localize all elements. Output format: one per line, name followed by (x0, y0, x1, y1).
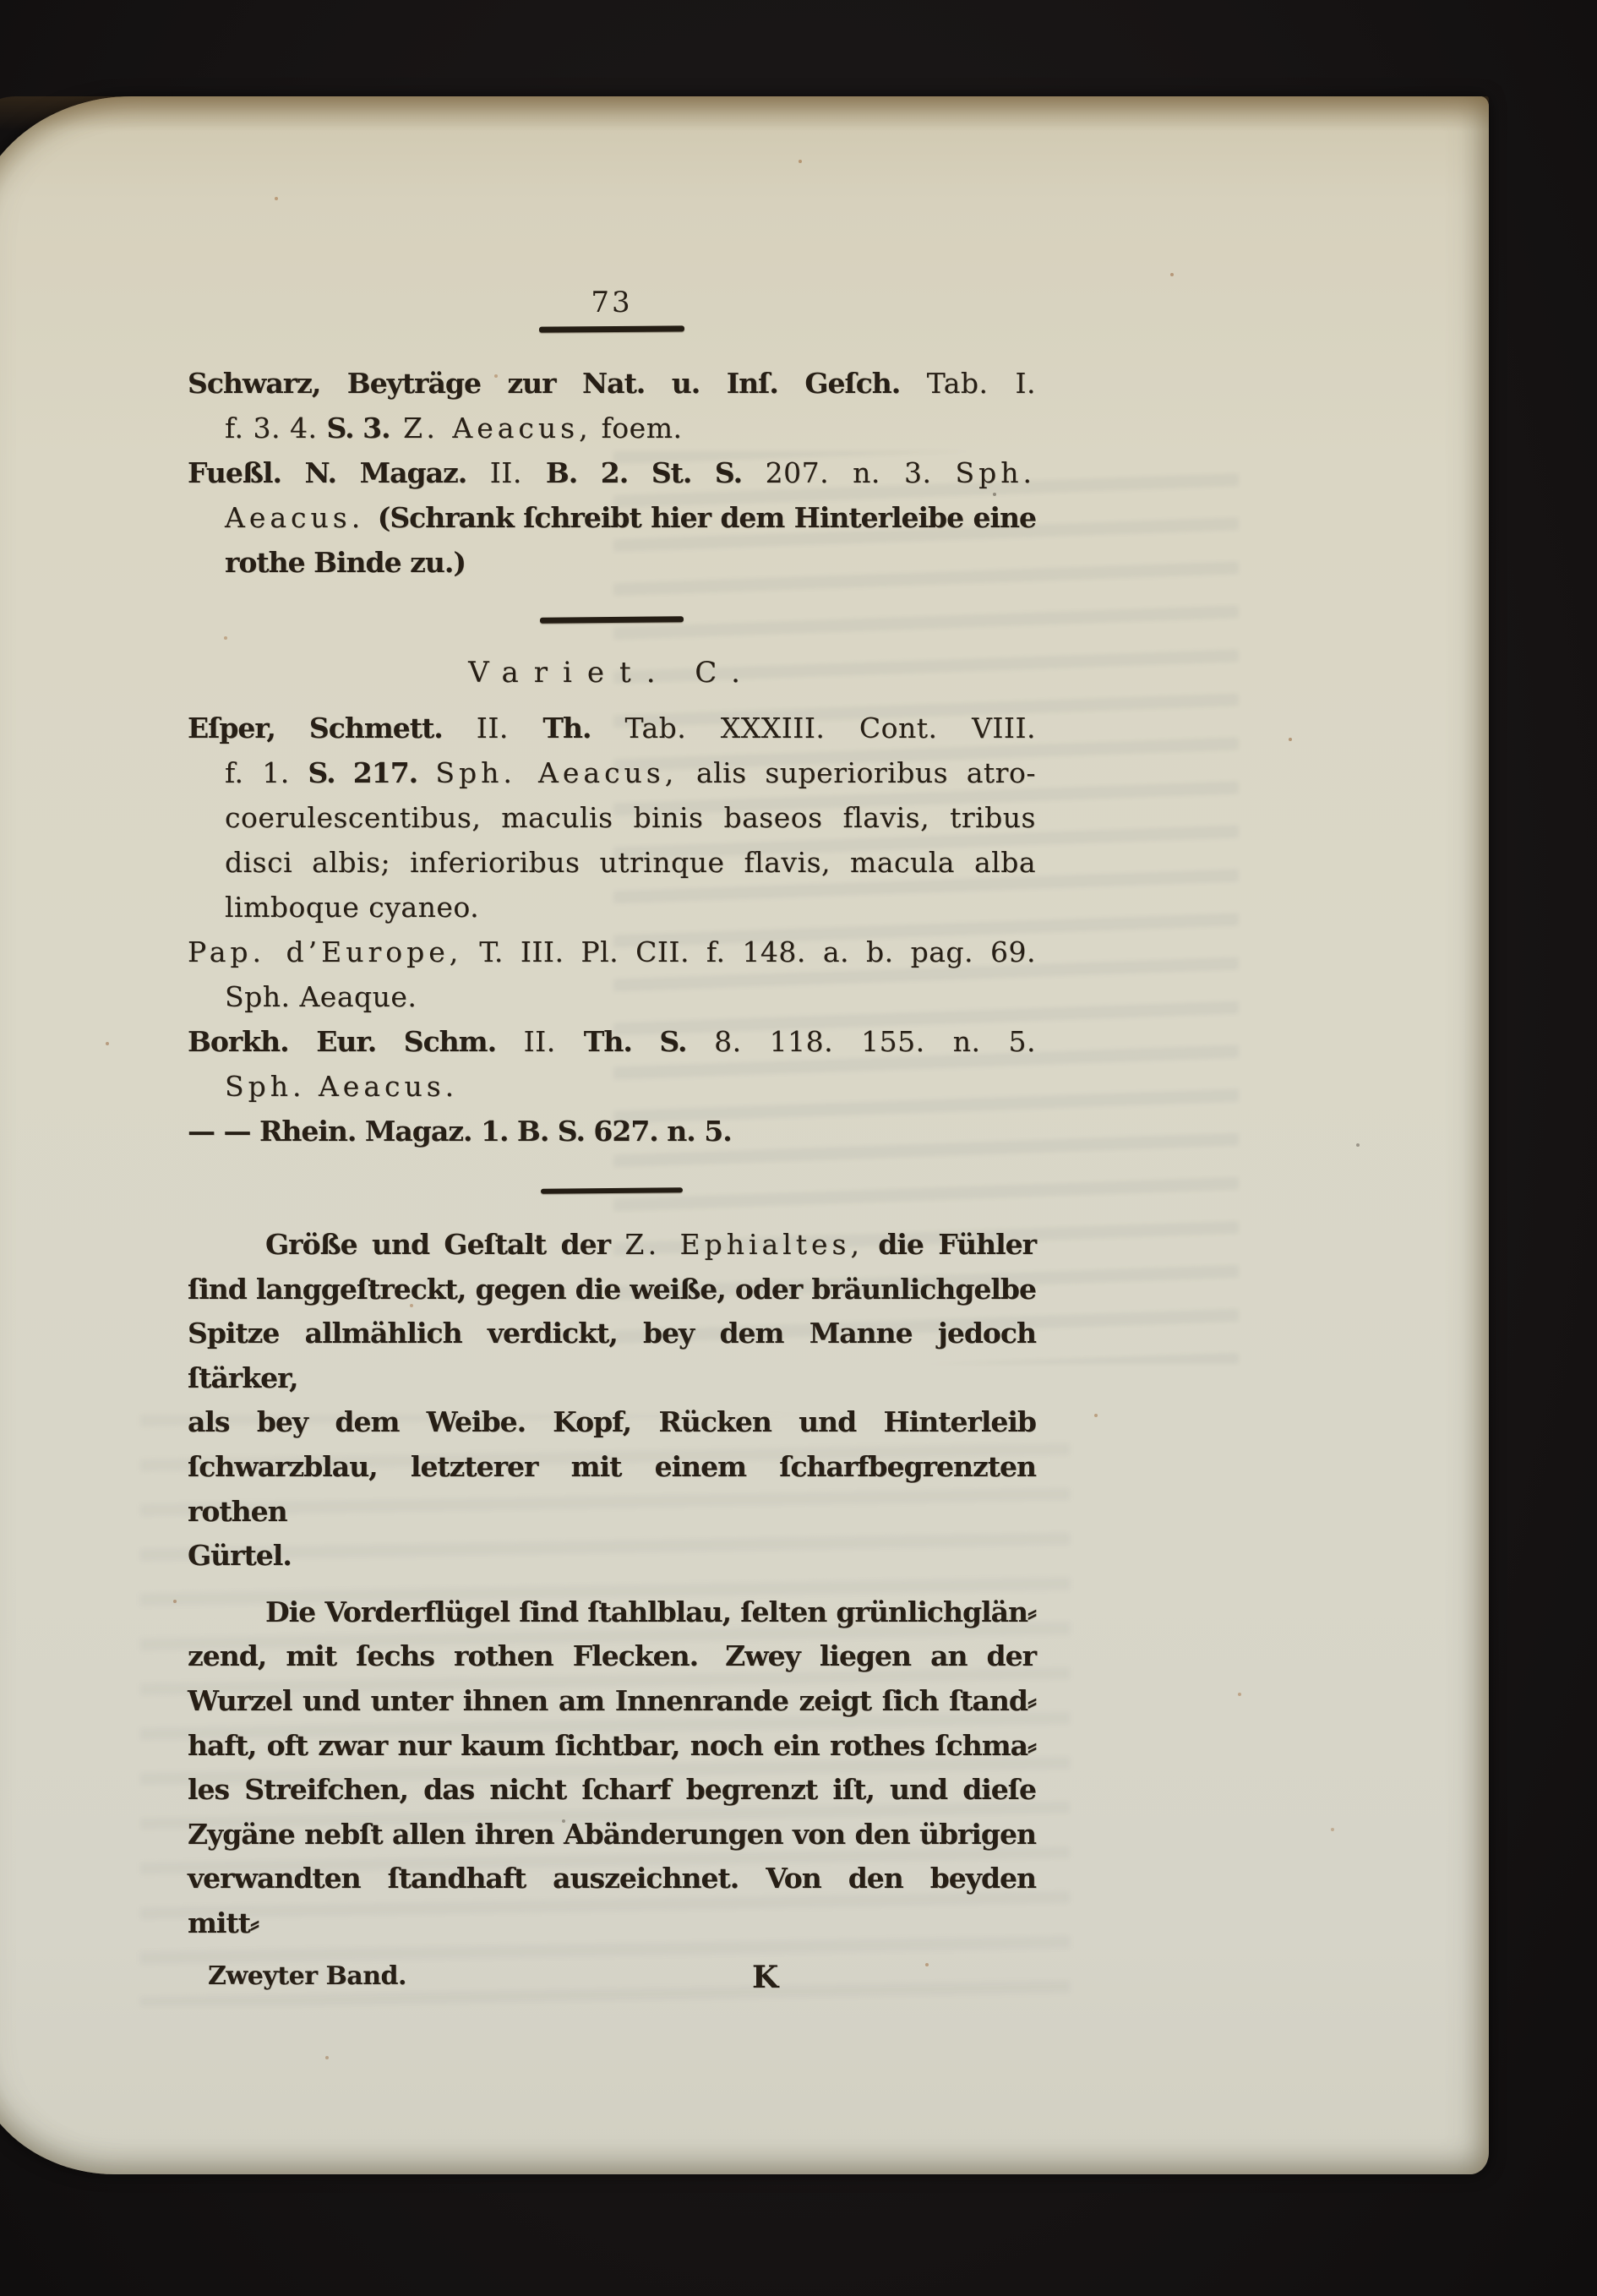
text-segment: II. (490, 456, 546, 489)
text-segment: S. 3. (326, 412, 403, 444)
text-segment: ſind langgeſtreckt, gegen die weiße, ode… (188, 1273, 1036, 1306)
text-segment: f. 1. (225, 756, 308, 789)
text-line: limboque cyaneo. (188, 885, 1036, 930)
text-line: zend, mit ſechs rothen Flecken. Zwey lie… (188, 1634, 1036, 1679)
page-header: 73 (188, 284, 1036, 332)
text-segment: Sph. (956, 456, 1036, 489)
text-line: als bey dem Weibe. Kopf, Rücken und Hint… (188, 1400, 1036, 1445)
text-line: Sph. Aeaque. (188, 974, 1036, 1019)
text-line: Spitze allmählich verdickt, bey dem Mann… (188, 1312, 1036, 1400)
text-segment: Th. (542, 712, 624, 744)
text-line: verwandten ſtandhaft auszeichnet. Von de… (188, 1857, 1036, 1945)
text-line: haft, oft zwar nur kaum ſichtbar, noch e… (188, 1724, 1036, 1769)
text-line: Eſper, Schmett. II. Th. Tab. XXXIII. Con… (188, 706, 1036, 750)
text-segment: Z. Aeacus, (403, 412, 592, 444)
text-line: f. 1. S. 217. Sph. Aeacus, alis superior… (188, 750, 1036, 795)
text-segment: Spitze allmählich verdickt, bey dem Mann… (188, 1317, 1036, 1394)
text-segment: Schwarz, Beyträge zur Nat. u. Inſ. Geſch… (188, 367, 927, 400)
text-line: coerulescentibus, maculis binis baseos f… (188, 795, 1036, 840)
paragraph: Größe und Geſtalt der Z. Ephialtes, die … (188, 1223, 1036, 1579)
text-line: Größe und Geſtalt der Z. Ephialtes, die … (188, 1223, 1036, 1268)
text-segment: 207. n. 3. (766, 456, 956, 489)
text-line: — — Rhein. Magaz. 1. B. S. 627. n. 5. (188, 1109, 1036, 1153)
scan-background: 73 Schwarz, Beyträge zur Nat. u. Inſ. Ge… (0, 0, 1597, 2296)
text-segment: ſchwarzblau, letzterer mit einem ſcharfb… (188, 1450, 1036, 1528)
text-segment: Tab. XXXIII. Cont. VIII. (625, 712, 1037, 744)
page-number-rule (539, 325, 684, 332)
text-segment: haft, oft zwar nur kaum ſichtbar, noch e… (188, 1729, 1036, 1762)
text-segment: Eſper, Schmett. (188, 712, 477, 744)
text-line: Die Vorderflügel ſind ſtahlblau, ſelten … (188, 1590, 1036, 1635)
text-line: rothe Binde zu.) (188, 540, 1036, 585)
text-line: disci albis; inferioribus utrinque flavi… (188, 840, 1036, 885)
text-segment: Zygäne nebſt allen ihren Abänderungen vo… (188, 1818, 1036, 1851)
text-segment: als bey dem Weibe. Kopf, Rücken und Hint… (188, 1405, 1036, 1438)
text-segment: zend, mit ſechs rothen Flecken. Zwey lie… (188, 1639, 1036, 1672)
page-footer: Zweyter Band. K (188, 1961, 1036, 2000)
text-blocks: Schwarz, Beyträge zur Nat. u. Inſ. Geſch… (188, 361, 1036, 1946)
text-segment: Sph. Aeaque. (225, 980, 417, 1013)
text-segment: Z. Ephialtes, (624, 1228, 864, 1261)
text-segment: verwandten ſtandhaft auszeichnet. Von de… (188, 1862, 1036, 1939)
text-line: Aeacus. (Schrank ſchreibt hier dem Hinte… (188, 495, 1036, 540)
text-segment: coerulescentibus, maculis binis baseos f… (225, 801, 1036, 834)
text-segment: Größe und Geſtalt der (265, 1228, 624, 1261)
text-line: Zygäne nebſt allen ihren Abänderungen vo… (188, 1813, 1036, 1857)
separator-rule (540, 616, 684, 623)
text-segment: Tab. I. (927, 367, 1036, 400)
text-line: les Streifchen, das nicht ſcharf begrenz… (188, 1768, 1036, 1813)
text-segment: Sph. Aeacus. (225, 1070, 458, 1103)
text-segment: T. III. Pl. CII. f. 148. a. b. pag. 69. (462, 935, 1036, 968)
text-line: Sph. Aeacus. (188, 1064, 1036, 1109)
volume-label: Zweyter Band. (208, 1961, 406, 1991)
text-line: Wurzel und unter ihnen am Innenrande zei… (188, 1679, 1036, 1724)
reference-block: Eſper, Schmett. II. Th. Tab. XXXIII. Con… (188, 706, 1036, 1153)
text-segment: Pap. d’Europe, (188, 935, 462, 968)
text-segment: Die Vorderflügel ſind ſtahlblau, ſelten … (265, 1595, 1036, 1628)
text-segment: les Streifchen, das nicht ſcharf begrenz… (188, 1773, 1036, 1806)
text-column: 73 Schwarz, Beyträge zur Nat. u. Inſ. Ge… (188, 0, 1036, 2000)
separator-rule (541, 1187, 683, 1193)
text-segment: f. 3. 4. (225, 412, 326, 444)
text-segment: alis superioribus atro- (678, 756, 1036, 789)
text-segment: Sph. Aeacus, (435, 756, 678, 789)
text-segment: Borkh. Eur. Schm. (188, 1025, 524, 1058)
text-line: ſind langgeſtreckt, gegen die weiße, ode… (188, 1268, 1036, 1312)
text-segment: Wurzel und unter ihnen am Innenrande zei… (188, 1684, 1036, 1717)
text-line: Borkh. Eur. Schm. II. Th. S. 8. 118. 155… (188, 1019, 1036, 1064)
text-segment: disci albis; inferioribus utrinque flavi… (225, 846, 1036, 879)
text-segment: Th. S. (584, 1025, 714, 1058)
text-line: Pap. d’Europe, T. III. Pl. CII. f. 148. … (188, 930, 1036, 974)
text-segment: (Schrank ſchreibt hier dem Hinterleibe e… (364, 501, 1036, 534)
text-line: ſchwarzblau, letzterer mit einem ſcharfb… (188, 1445, 1036, 1534)
text-line: f. 3. 4. S. 3. Z. Aeacus, foem. (188, 406, 1036, 450)
text-segment: limboque cyaneo. (225, 891, 479, 924)
text-segment: Fueßl. N. Magaz. (188, 456, 490, 489)
reference-block: Schwarz, Beyträge zur Nat. u. Inſ. Geſch… (188, 361, 1036, 585)
text-line: Fueßl. N. Magaz. II. B. 2. St. S. 207. n… (188, 450, 1036, 495)
text-line: Schwarz, Beyträge zur Nat. u. Inſ. Geſch… (188, 361, 1036, 406)
text-segment: Aeacus. (225, 501, 364, 534)
text-segment: 8. 118. 155. n. 5. (714, 1025, 1036, 1058)
text-segment: S. 217. (308, 756, 435, 789)
text-segment: rothe Binde zu.) (225, 546, 466, 579)
text-segment: — — Rhein. Magaz. 1. B. S. 627. n. 5. (188, 1115, 732, 1148)
paragraph: Die Vorderflügel ſind ſtahlblau, ſelten … (188, 1590, 1036, 1946)
text-segment: Gürtel. (188, 1539, 292, 1572)
signature-mark: K (752, 1960, 778, 1995)
page-number: 73 (591, 284, 632, 321)
text-segment: II. (477, 712, 543, 744)
text-segment: II. (524, 1025, 584, 1058)
text-line: Gürtel. (188, 1534, 1036, 1579)
section-heading: Variet. C. (188, 654, 1036, 691)
text-segment: die Fühler (864, 1228, 1036, 1261)
text-segment: B. 2. St. S. (546, 456, 766, 489)
text-segment: foem. (592, 412, 683, 444)
